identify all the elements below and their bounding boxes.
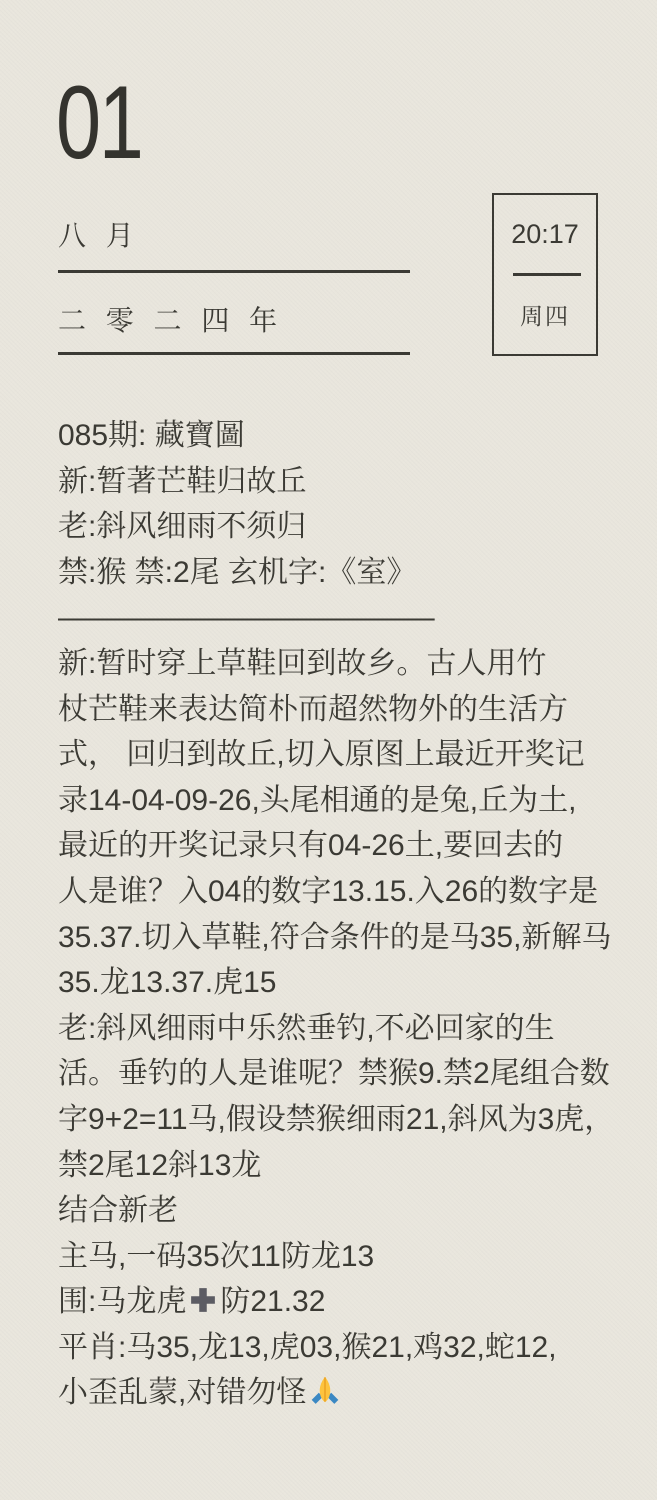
wei-line-post: 防21.32 xyxy=(220,1285,325,1318)
year-label: 二 零 二 四 年 xyxy=(58,299,283,339)
paragraph-line: 活。垂钓的人是谁呢？禁猴9.禁2尾组合数 xyxy=(58,1051,633,1097)
wei-line: 围:马龙虎防21.32 xyxy=(58,1279,633,1325)
paragraph-line: 老:斜风细雨中乐然垂钓,不必回家的生 xyxy=(58,1006,633,1052)
closing-text: 小歪乱蒙,对错勿怪 xyxy=(58,1376,306,1409)
paragraph-line: 最近的开奖记录只有04-26土,要回去的 xyxy=(58,823,633,869)
paragraph-line: 人是谁？入04的数字13.15.入26的数字是 xyxy=(58,869,633,915)
month-label: 八 月 xyxy=(58,214,140,254)
folded-hands-icon xyxy=(309,1375,341,1407)
paragraph-line: 杖芒鞋来表达简朴而超然物外的生活方 xyxy=(58,687,633,733)
paragraph-line: 字9+2=11马,假设禁猴细雨21,斜风为3虎， xyxy=(58,1097,633,1143)
calendar-note-page: { "colors": { "background": "#e9e6dd", "… xyxy=(0,0,657,1500)
year-underline xyxy=(58,352,410,355)
closing-line: 小歪乱蒙,对错勿怪 xyxy=(58,1370,633,1416)
paragraph-line: 录14-04-09-26,头尾相通的是兔,丘为土, xyxy=(58,778,633,824)
heavy-plus-icon xyxy=(188,1285,218,1315)
day-number: 01 xyxy=(56,66,142,180)
ban-line: 禁:猴 禁:2尾 玄机字:《室》 xyxy=(58,550,633,596)
issue-title: 085期: 藏寶圖 xyxy=(58,413,633,459)
paragraph-line: 新:暂时穿上草鞋回到故乡。古人用竹 xyxy=(58,641,633,687)
weekday-label: 周四 xyxy=(494,298,596,331)
paragraph-line: 禁2尾12斜13龙 xyxy=(58,1143,633,1189)
paragraph-line: 35.龙13.37.虎15 xyxy=(58,960,633,1006)
pingxiao-line: 平肖:马35,龙13,虎03,猴21,鸡32,蛇12, xyxy=(58,1325,633,1371)
paragraph-line: 结合新老 xyxy=(58,1188,633,1234)
new-verse-line: 新:暂著芒鞋归故丘 xyxy=(58,459,633,505)
wei-line-pre: 围:马龙虎 xyxy=(58,1285,186,1318)
clock-time: 20:17 xyxy=(494,219,596,250)
paragraph-line: 35.37.切入草鞋,符合条件的是马35,新解马 xyxy=(58,915,633,961)
paragraph-line: 式， 回归到故丘,切入原图上最近开奖记 xyxy=(58,732,633,778)
month-underline xyxy=(58,270,410,273)
paragraph-line: 主马,一码35次11防龙13 xyxy=(58,1234,633,1280)
dash-separator: ————————————– xyxy=(58,595,633,641)
time-weekday-divider xyxy=(513,273,581,276)
post-body: 085期: 藏寶圖 新:暂著芒鞋归故丘 老:斜风细雨不须归 禁:猴 禁:2尾 玄… xyxy=(58,413,633,1416)
old-verse-line: 老:斜风细雨不须归 xyxy=(58,504,633,550)
time-weekday-box: 20:17 周四 xyxy=(492,193,598,356)
